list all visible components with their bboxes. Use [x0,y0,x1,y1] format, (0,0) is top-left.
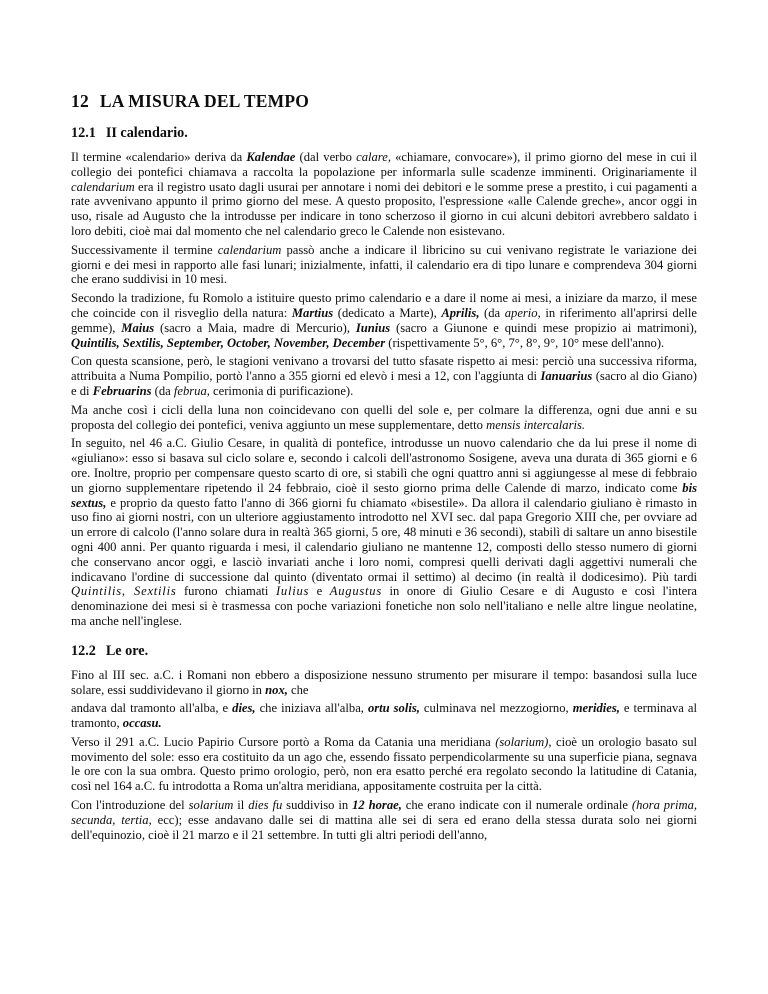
paragraph: Il termine «calendario» deriva da Kalend… [71,150,697,239]
text-run: aperio, [505,306,541,320]
text-run: e proprio da questo fatto l'anno di 366 … [71,496,697,584]
section-heading-ore: 12.2Le ore. [71,643,697,660]
text-run: Augustus [330,584,382,598]
page-title: 12LA MISURA DEL TEMPO [71,91,697,111]
text-run: il [233,798,248,812]
heading-text: Le ore. [106,643,148,659]
text-run: ortu solis, [368,701,420,715]
text-run: Iulius [276,584,309,598]
text-run: Quintilis, Sextilis [71,584,176,598]
text-run: Verso il 291 a.C. Lucio Papirio Cursore … [71,735,495,749]
text-run: Martius [292,306,333,320]
text-run: Februarins [93,384,152,398]
text-run: che [288,683,309,697]
text-run: solarium [189,798,234,812]
text-run: Con l'introduzione del [71,798,189,812]
text-run: Maius [121,321,154,335]
text-run: Ianuarius [540,369,592,383]
section-ore: 12.2Le ore. Fino al III sec. a.C. i Roma… [71,643,697,843]
text-run: e [309,584,330,598]
text-run: cerimonia di purificazione). [210,384,353,398]
section-calendario: 12.1II calendario. Il termine «calendari… [71,125,697,629]
text-run: (dedicato a Marte), [333,306,441,320]
paragraph: Ma anche così i cicli della luna non coi… [71,403,697,433]
text-run: Iunius [356,321,390,335]
text-run: dies, [232,701,255,715]
text-run: (solarium), [495,735,551,749]
text-run: Fino al III sec. a.C. i Romani non ebber… [71,668,697,697]
text-run: che iniziava all'alba, [256,701,368,715]
text-run: (sacro a Maia, madre di Mercurio), [154,321,356,335]
paragraph: andava dal tramonto all'alba, e dies, ch… [71,701,697,731]
heading-number: 12.2 [71,643,96,659]
text-run: Successivamente il termine [71,243,218,257]
text-run: februa, [174,384,210,398]
text-run: Ma anche così i cicli della luna non coi… [71,403,697,432]
paragraph: Con questa scansione, però, le stagioni … [71,354,697,398]
text-run: che erano indicate con il numerale ordin… [402,798,632,812]
text-run: furono chiamati [176,584,275,598]
text-run: (rispettivamente 5°, 6°, 7°, 8°, 9°, 10°… [385,336,664,350]
text-run: 12 horae, [352,798,402,812]
text-run: calare, [356,150,391,164]
paragraph: Secondo la tradizione, fu Romolo a istit… [71,291,697,350]
text-run: suddiviso in [282,798,352,812]
text-run: In seguito, nel 46 a.C. Giulio Cesare, i… [71,436,697,494]
text-run: calendarium [71,180,135,194]
text-run: era il registro usato dagli usurai per a… [71,180,697,238]
text-run: andava dal tramonto all'alba, e [71,701,232,715]
text-run: culminava nel mezzogiorno, [420,701,573,715]
paragraph: Successivamente il termine calendarium p… [71,243,697,287]
text-run: meridies, [573,701,620,715]
paragraph: In seguito, nel 46 a.C. Giulio Cesare, i… [71,436,697,628]
paragraph: Con l'introduzione del solarium il dies … [71,798,697,842]
text-run: ecc); esse andavano dalle sei di mattina… [71,813,697,842]
text-run: dies fu [248,798,282,812]
text-run: calendarium [218,243,282,257]
section-heading-calendario: 12.1II calendario. [71,125,697,142]
text-run: Aprilis, [441,306,479,320]
paragraph: Fino al III sec. a.C. i Romani non ebber… [71,668,697,698]
title-number: 12 [71,91,89,111]
text-run: nox, [265,683,288,697]
text-run: (sacro a Giunone e quindi mese propizio … [390,321,697,335]
text-run: occasu. [123,716,162,730]
document-page: 12LA MISURA DEL TEMPO 12.1II calendario.… [0,0,768,994]
text-run: (dal verbo [295,150,356,164]
title-text: LA MISURA DEL TEMPO [100,91,309,111]
text-run: (da [479,306,504,320]
text-run: Il termine «calendario» deriva da [71,150,246,164]
paragraph: Verso il 291 a.C. Lucio Papirio Cursore … [71,735,697,794]
heading-text: II calendario. [106,125,188,141]
text-run: Quintilis, Sextilis, September, October,… [71,336,385,350]
text-run: mensis intercalaris. [486,418,585,432]
text-run: (da [151,384,173,398]
heading-number: 12.1 [71,125,96,141]
text-run: Kalendae [246,150,295,164]
